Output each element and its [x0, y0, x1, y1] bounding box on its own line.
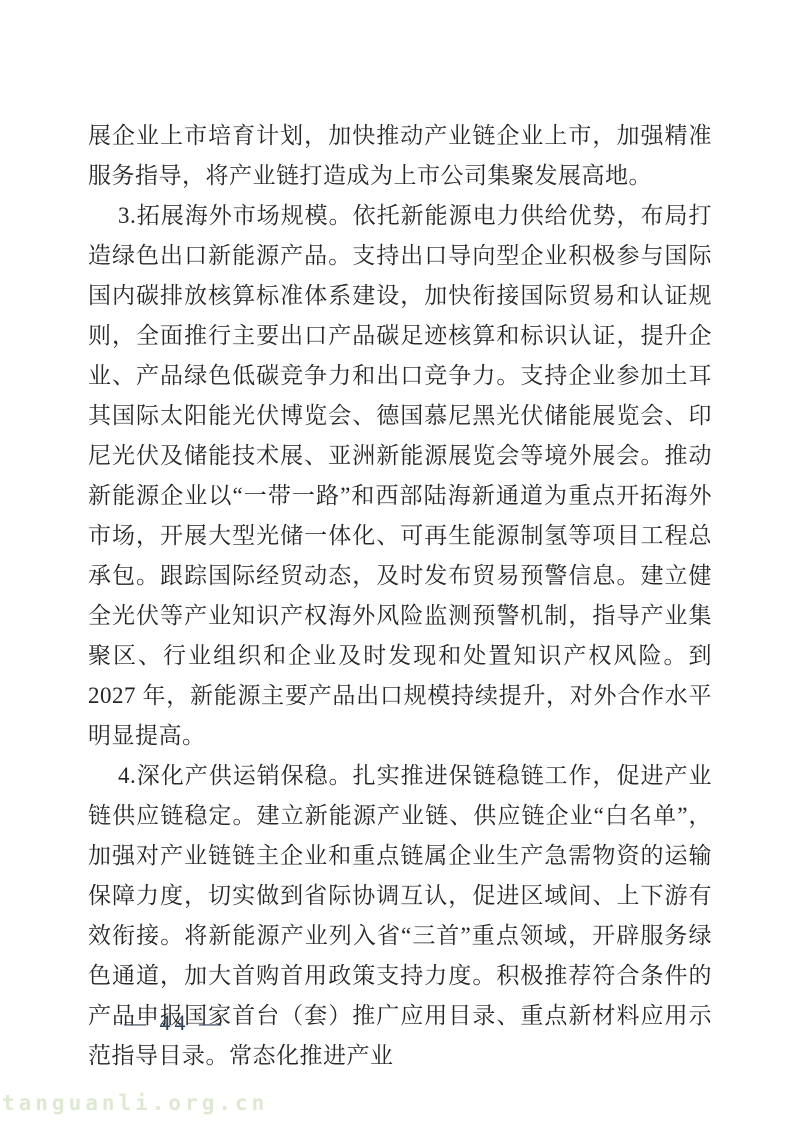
document-text: 展企业上市培育计划，加快推动产业链企业上市，加强精准服务指导，将产业链打造成为上…: [88, 116, 712, 1076]
paragraph-item-3-expand-overseas-markets: 3.拓展海外市场规模。依托新能源电力供给优势，布局打造绿色出口新能源产品。支持出…: [88, 196, 712, 756]
page-number: — 44 —: [124, 1010, 225, 1036]
paragraph-continuation: 展企业上市培育计划，加快推动产业链企业上市，加强精准服务指导，将产业链打造成为上…: [88, 116, 712, 196]
watermark: tanguanli.org.cn: [2, 1091, 268, 1115]
document-page: 展企业上市培育计划，加快推动产业链企业上市，加强精准服务指导，将产业链打造成为上…: [0, 0, 794, 1123]
